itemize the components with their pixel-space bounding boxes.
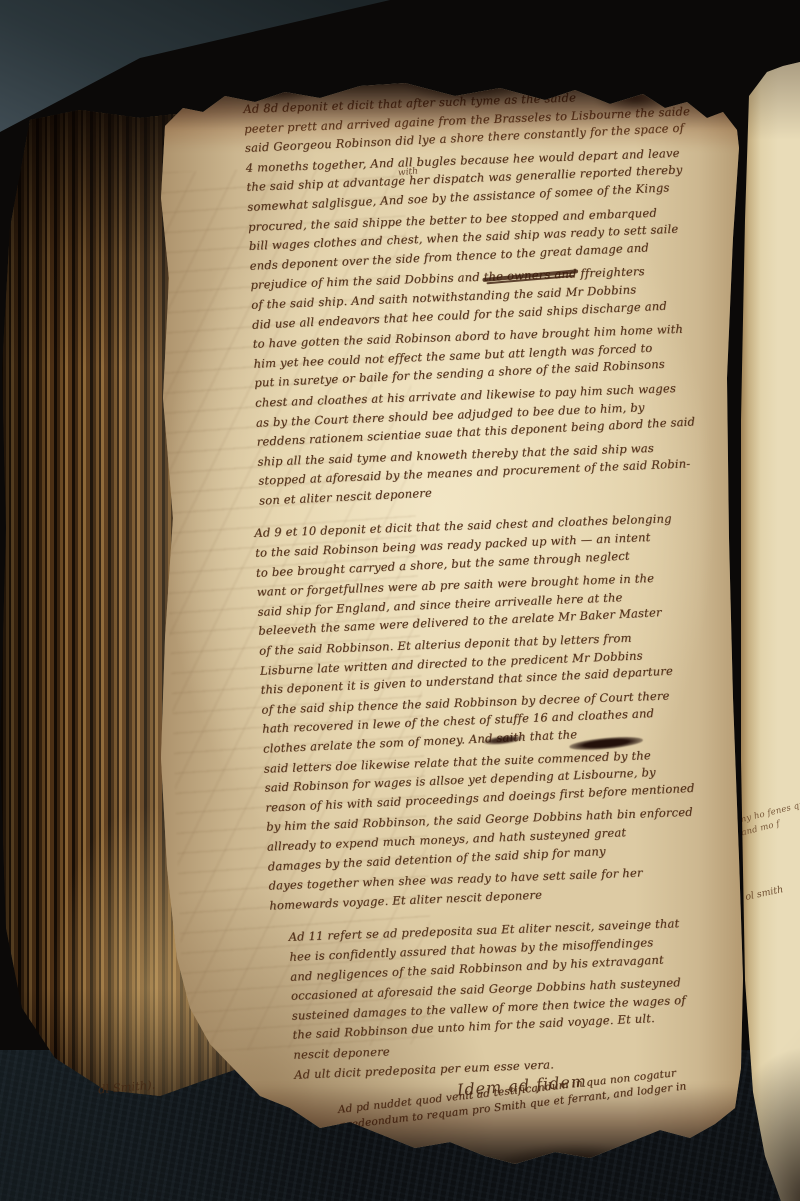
paragraph-3: Ad 11 refert se ad predeposita sua Et al…: [288, 909, 762, 1084]
burnt-top-edge: [155, 78, 745, 150]
manuscript-line: and mo f: [740, 811, 800, 840]
manuscript-line: my ho fenes qu: [737, 799, 800, 828]
caret-insertion: with: [398, 167, 419, 179]
left-page: Ad 8d deponit et dicit that after such t…: [155, 78, 745, 1168]
facing-page-notes: my ho fenes quand mo f: [737, 798, 800, 840]
deposition-text: Ad 8d deponit et dicit that after such t…: [243, 81, 762, 1086]
facing-page: my ho fenes quand mo f ol smith: [733, 0, 800, 1201]
manuscript-photo: my ho fenes quand mo f ol smith Ad 8d de…: [0, 0, 800, 1201]
facing-page-signature: ol smith: [744, 884, 784, 903]
paragraph-2: Ad 9 et 10 deponit et dicit that the sai…: [254, 505, 755, 916]
